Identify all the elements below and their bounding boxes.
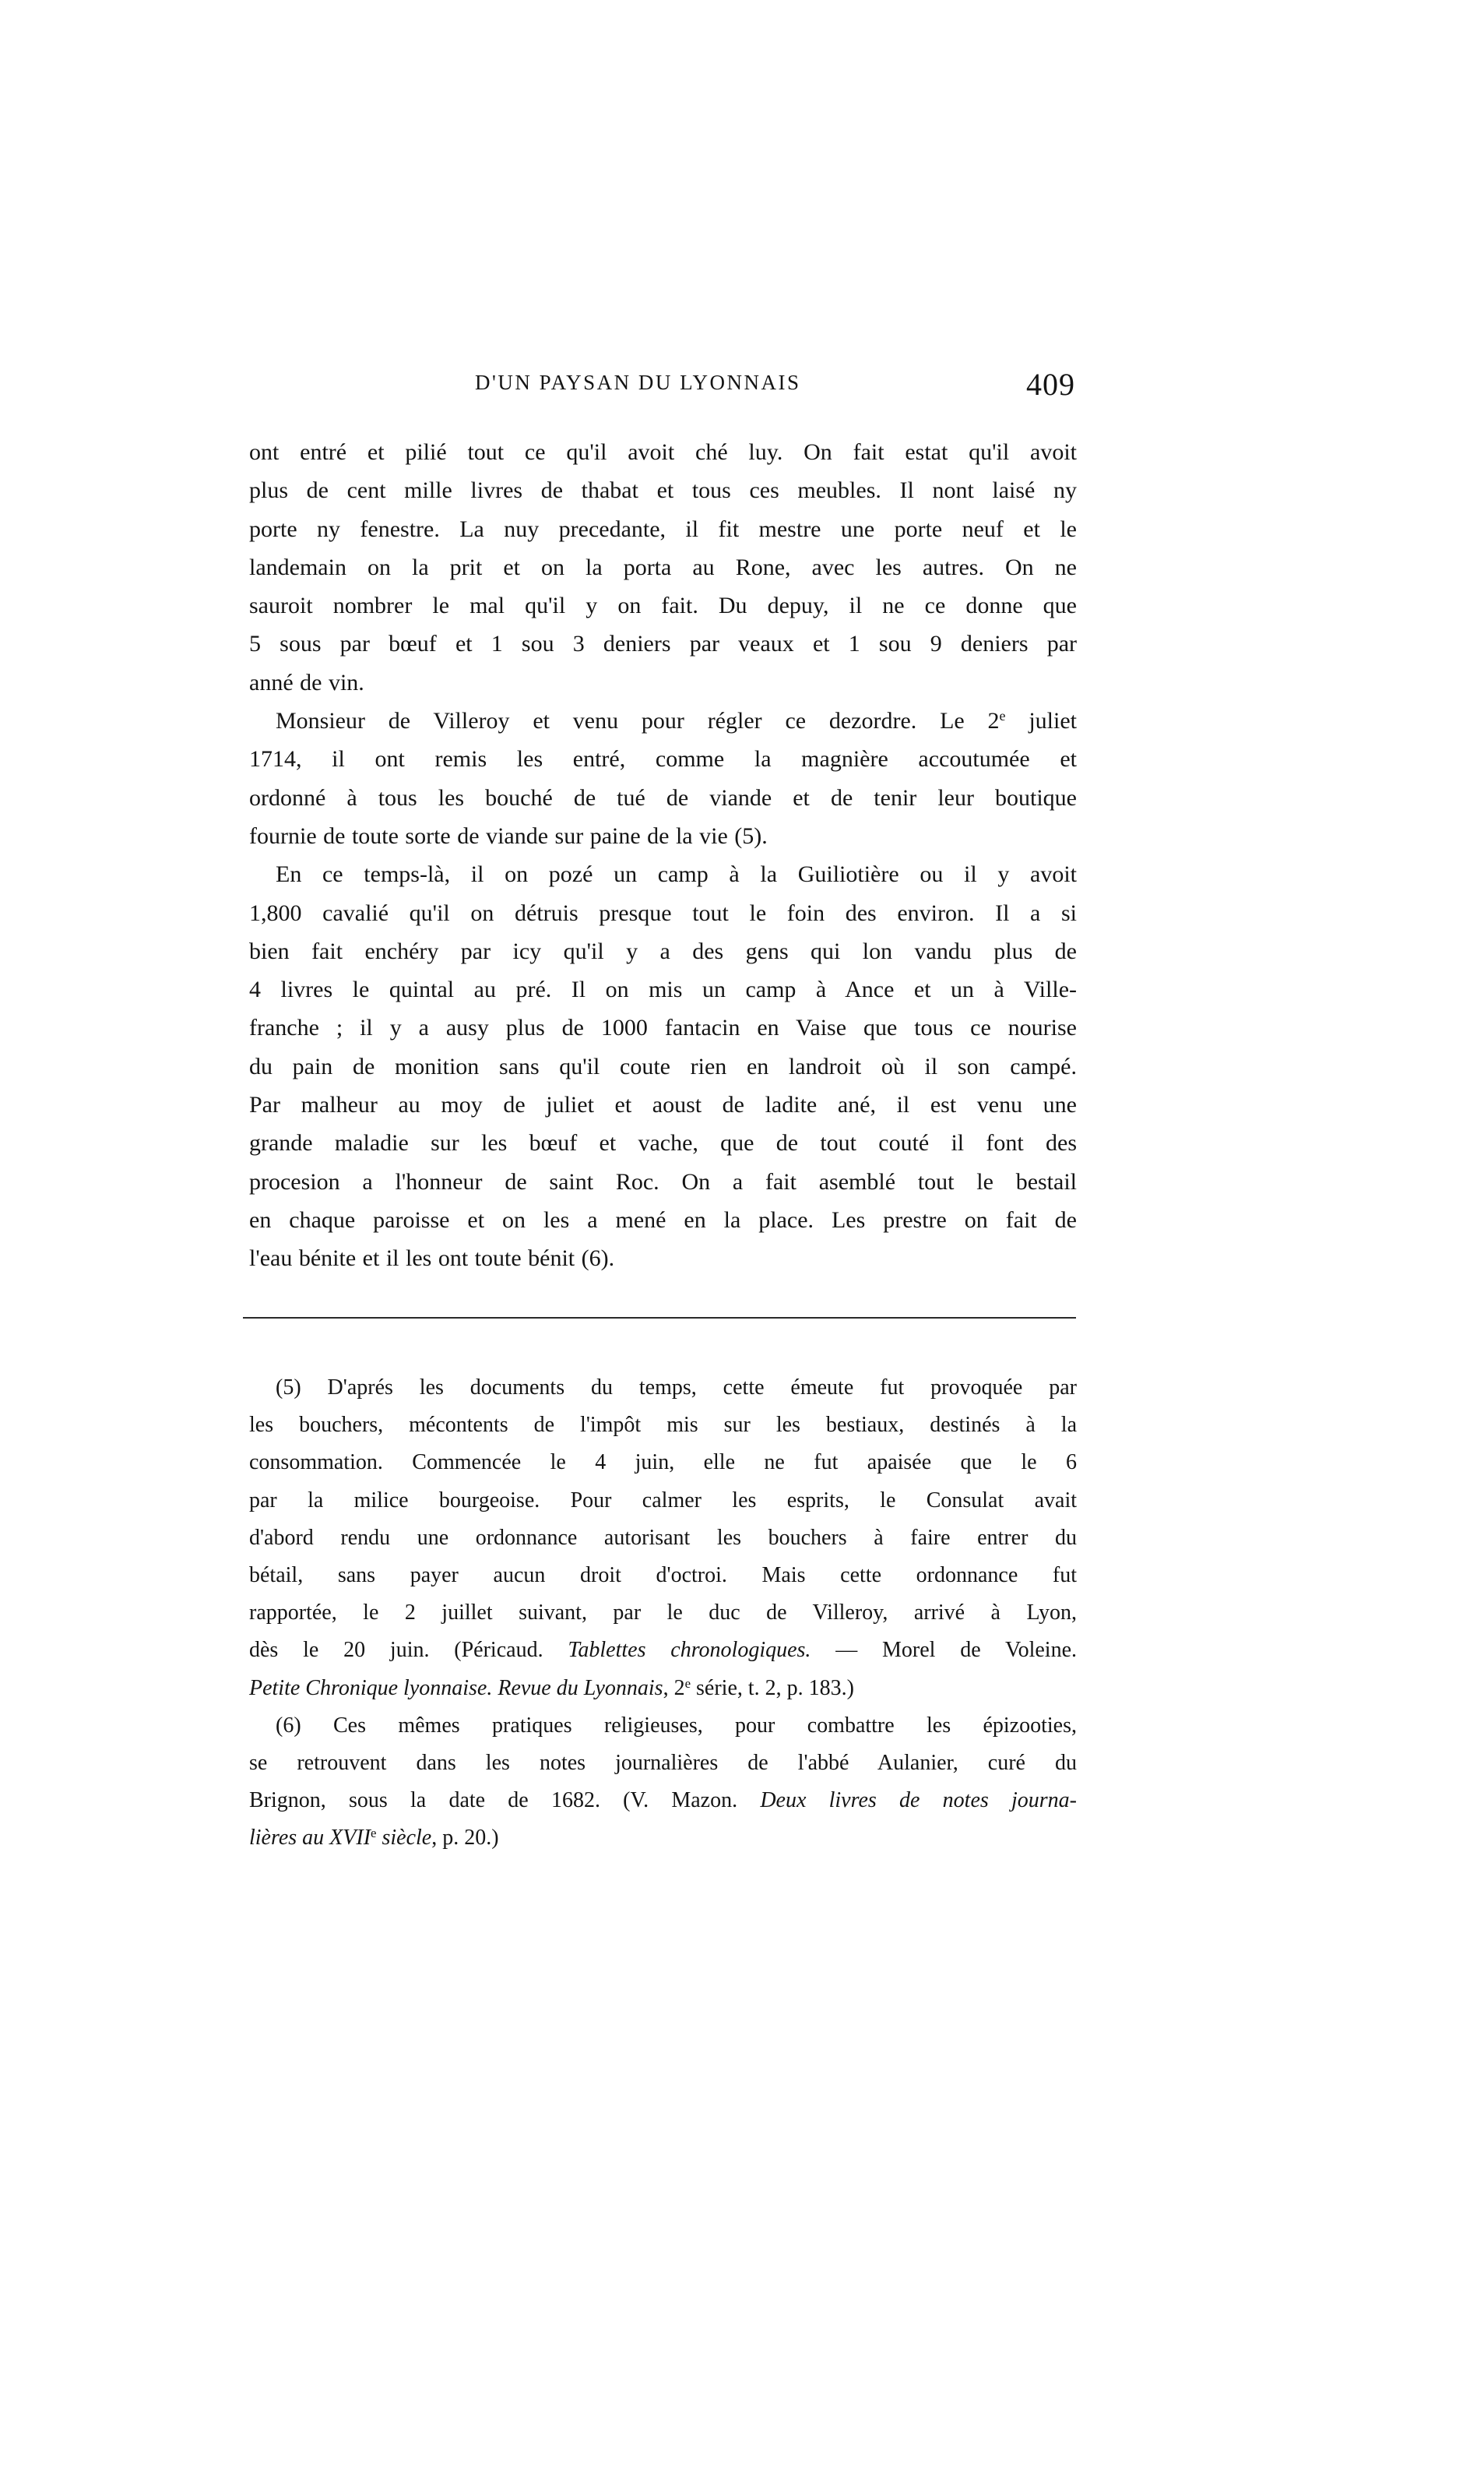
italic-citation: Tablettes chronologiques. (568, 1638, 811, 1662)
text-line: bien fait enchéry par icy qu'il y a des … (249, 932, 1077, 970)
footnote-text: se retrouvent dans les notes journalière… (249, 1751, 1077, 1775)
text-line: ont entré et pilié tout ce qu'il avoit c… (249, 433, 1077, 471)
footnote-line: d'abord rendu une ordonnance autorisant … (249, 1519, 1077, 1557)
footnote-text: par la milice bourgeoise. Pour calmer le… (249, 1488, 1077, 1512)
footnote-line: par la milice bourgeoise. Pour calmer le… (249, 1482, 1077, 1519)
footnote-text: , p. 20.) (431, 1826, 498, 1850)
superscript: e (1000, 708, 1006, 724)
footnote-line: Brignon, sous la date de 1682. (V. Mazon… (249, 1782, 1077, 1819)
text-line: 5 sous par bœuf et 1 sou 3 deniers par v… (249, 625, 1077, 663)
text-line: porte ny fenestre. La nuy precedante, il… (249, 510, 1077, 548)
footnote-line: lières au XVIIe siècle, p. 20.) (249, 1819, 1077, 1857)
footnote-text: (6) Ces mêmes pratiques religieuses, pou… (276, 1713, 1077, 1738)
footnote-line: dès le 20 juin. (Péricaud. Tablettes chr… (249, 1632, 1077, 1669)
footnote-line: Petite Chronique lyonnaise. Revue du Lyo… (249, 1670, 1077, 1707)
text-line: landemain on la prit et on la porta au R… (249, 548, 1077, 586)
footnote-text: Brignon, sous la date de 1682. (V. Mazon… (249, 1788, 760, 1812)
text-line: anné de vin. (249, 664, 1077, 702)
text-line: Monsieur de Villeroy et venu pour régler… (249, 702, 1077, 740)
footnotes: (5) D'aprés les documents du temps, cett… (249, 1369, 1077, 1857)
footnote-text: , 2 (663, 1676, 685, 1700)
text-line: franche ; il y a ausy plus de 1000 fanta… (249, 1009, 1077, 1047)
italic-citation: siècle (376, 1826, 431, 1850)
text-line: grande maladie sur les bœuf et vache, qu… (249, 1124, 1077, 1162)
text-line: Par malheur au moy de juliet et aoust de… (249, 1086, 1077, 1124)
footnote-line: bétail, sans payer aucun droit d'octroi.… (249, 1557, 1077, 1594)
footnote-line: (5) D'aprés les documents du temps, cett… (249, 1369, 1077, 1407)
footnote-text: dès le 20 juin. (Péricaud. (249, 1638, 568, 1662)
footnote-text: rapportée, le 2 juillet suivant, par le … (249, 1600, 1077, 1625)
footnote-text: (5) D'aprés les documents du temps, cett… (276, 1375, 1077, 1400)
italic-citation: Deux livres de notes journa- (760, 1788, 1077, 1812)
italic-citation: Petite Chronique lyonnaise. Revue du Lyo… (249, 1676, 663, 1700)
footnote-separator-rule (243, 1317, 1076, 1319)
footnote-text: d'abord rendu une ordonnance autorisant … (249, 1526, 1077, 1550)
page-number: 409 (1026, 366, 1075, 403)
text-line: procesion a l'honneur de saint Roc. On a… (249, 1163, 1077, 1201)
superscript: e (685, 1675, 691, 1690)
text-line: 1,800 cavalié qu'il on détruis presque t… (249, 894, 1077, 932)
text-line: l'eau bénite et il les ont toute bénit (… (249, 1239, 1077, 1277)
running-title: D'UN PAYSAN DU LYONNAIS (475, 371, 800, 395)
footnote-line: consommation. Commencée le 4 juin, elle … (249, 1444, 1077, 1481)
text-line: En ce temps-là, il on pozé un camp à la … (249, 855, 1077, 893)
text-line: 1714, il ont remis les entré, comme la m… (249, 740, 1077, 778)
text-line: du pain de monition sans qu'il coute rie… (249, 1048, 1077, 1086)
footnote-line: rapportée, le 2 juillet suivant, par le … (249, 1594, 1077, 1632)
footnote-text: les bouchers, mécontents de l'impôt mis … (249, 1413, 1077, 1437)
footnote-text: — Morel de Voleine. (811, 1638, 1077, 1662)
footnote-line: (6) Ces mêmes pratiques religieuses, pou… (249, 1707, 1077, 1745)
text-line: sauroit nombrer le mal qu'il y on fait. … (249, 586, 1077, 625)
italic-citation: lières au XVII (249, 1826, 371, 1850)
book-page: D'UN PAYSAN DU LYONNAIS 409 ont entré et… (0, 0, 1484, 2465)
footnote-text: série, t. 2, p. 183.) (691, 1676, 854, 1700)
text-line: en chaque paroisse et on les a mené en l… (249, 1201, 1077, 1239)
text-line: plus de cent mille livres de thabat et t… (249, 471, 1077, 509)
text-line: 4 livres le quintal au pré. Il on mis un… (249, 970, 1077, 1009)
footnote-text: bétail, sans payer aucun droit d'octroi.… (249, 1563, 1077, 1587)
running-head: D'UN PAYSAN DU LYONNAIS 409 (249, 366, 1077, 405)
main-text: ont entré et pilié tout ce qu'il avoit c… (249, 433, 1077, 1278)
text-line: ordonné à tous les bouché de tué de vian… (249, 779, 1077, 817)
footnote-line: les bouchers, mécontents de l'impôt mis … (249, 1407, 1077, 1444)
footnote-text: consommation. Commencée le 4 juin, elle … (249, 1450, 1077, 1474)
text-line: fournie de toute sorte de viande sur pai… (249, 817, 1077, 855)
footnote-line: se retrouvent dans les notes journalière… (249, 1745, 1077, 1782)
